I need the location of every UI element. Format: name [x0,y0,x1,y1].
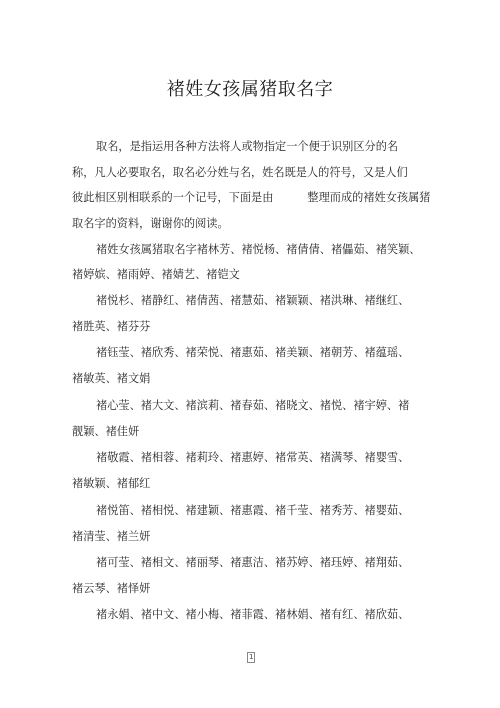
name-list-line: 褚婷嫔、褚雨婷、褚婧艺、褚铠文 [72,268,240,282]
intro-line-1: 取名，是指运用各种方法将人或物指定一个便于识别区分的名 [96,140,398,154]
name-list-line: 褚敏颖、褚郁红 [72,477,150,491]
name-list-line: 褚敏英、褚文娟 [72,372,150,386]
name-list-line: 褚姓女孩属猪取名字褚林芳、褚悦杨、褚倩倩、褚儡茹、褚笑颖、 [96,243,420,257]
name-list-line: 褚胜英、褚芬芬 [72,320,150,334]
name-list-line: 褚悦笛、褚相悦、褚建颖、褚惠霞、褚千莹、褚秀芳、褚婴茹、 [96,504,409,518]
document-title: 褚姓女孩属猪取名字 [0,78,500,102]
name-list-line: 褚钰莹、褚欣秀、褚荣悦、褚惠茹、褚美颖、褚朝芳、褚蕴瑶、 [96,346,409,360]
name-list-line: 褚心莹、褚大文、褚滨莉、褚春茹、褚晓文、褚悦、褚宇婷、褚 [96,399,409,413]
name-list-line: 褚悦杉、褚静红、褚倩茜、褚慧茹、褚颖颖、褚洪琳、褚继红、 [96,294,409,308]
intro-line-3b: 整理而成的褚姓女孩属猪 [307,191,430,204]
page-number: 1 [247,652,255,663]
name-list-line: 褚清莹、褚兰妍 [72,530,150,544]
intro-line-3a: 彼此相区别相联系的一个记号，下面是由 [72,191,273,204]
intro-line-4: 取名字的资料，谢谢你的阅读。 [72,217,229,231]
name-list-line: 褚永娟、褚中文、褚小梅、褚菲霞、褚林娟、褚有红、褚欣茹、 [96,608,409,622]
name-list-line: 褚可莹、褚相文、褚丽琴、褚惠洁、褚苏婷、褚珏婷、褚翔茹、 [96,556,409,570]
name-list-line: 褚敬霞、褚相蓉、褚莉玲、褚惠婷、褚常英、褚满琴、褚婴雪、 [96,451,409,465]
intro-line-3: 彼此相区别相联系的一个记号，下面是由整理而成的褚姓女孩属猪 [72,191,430,205]
name-list-line: 褚云琴、褚怿妍 [72,582,150,596]
intro-line-2: 称，凡人必要取名，取名必分姓与名，姓名既是人的符号，又是人们 [72,166,408,180]
name-list-line: 靓颖、褚佳妍 [72,425,139,439]
